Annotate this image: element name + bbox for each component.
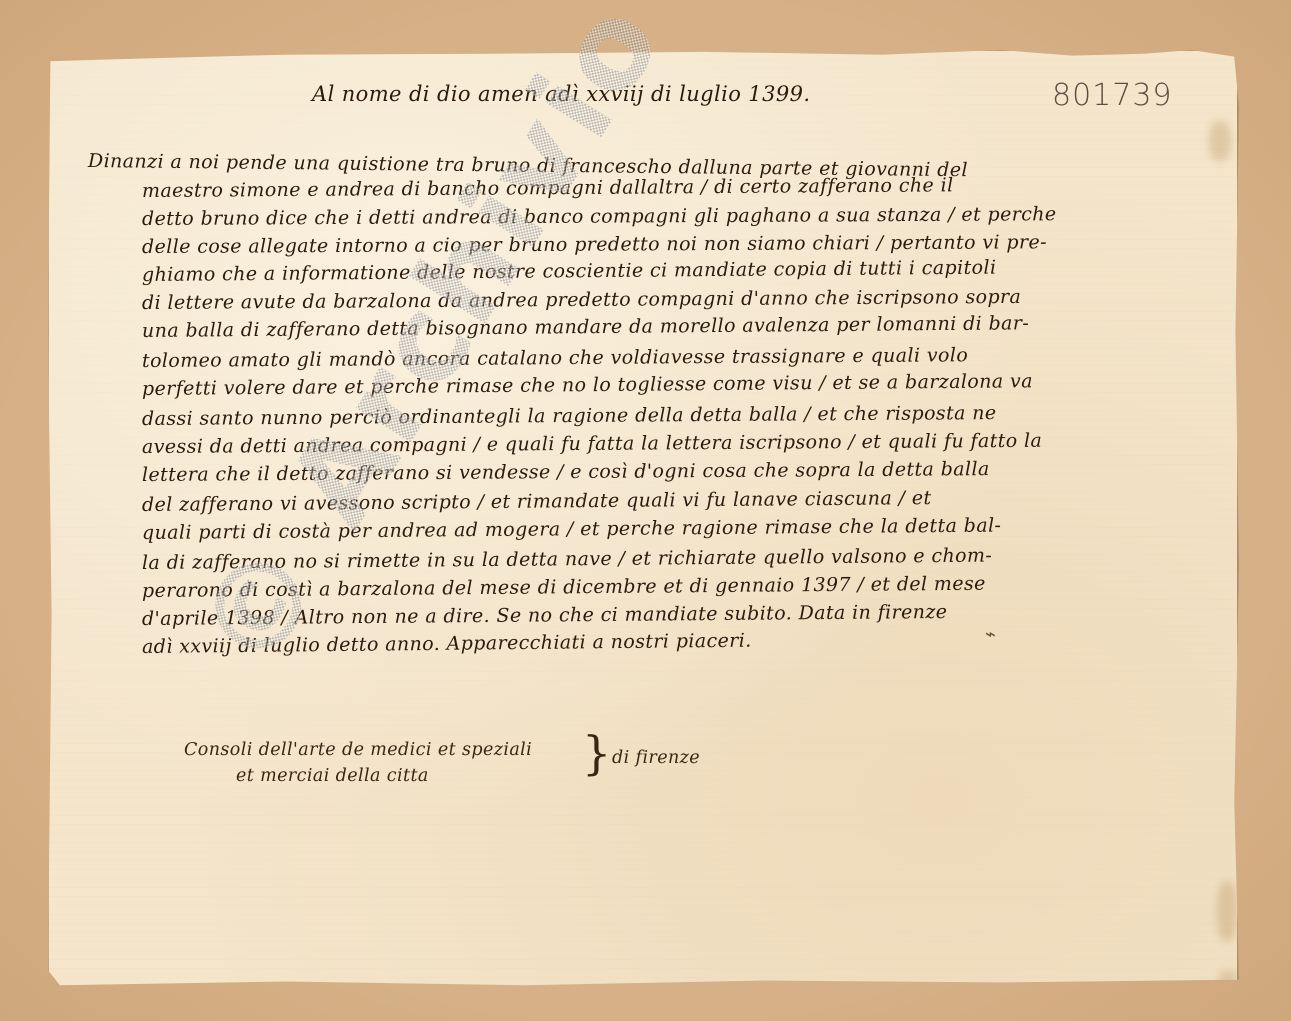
address-place: di firenze bbox=[612, 748, 700, 768]
archive-number: 801739 bbox=[1052, 78, 1173, 113]
edge-stain bbox=[1217, 881, 1237, 941]
address-line-2: et merciai della citta bbox=[236, 766, 429, 786]
ink-flourish: ⌁ bbox=[985, 624, 996, 645]
letter-heading: Al nome di dio amen adì xxviij di luglio… bbox=[312, 82, 810, 106]
address-brace: } bbox=[582, 730, 611, 776]
edge-stain bbox=[1209, 121, 1231, 161]
address-line-1: Consoli dell'arte de medici et speziali bbox=[184, 740, 532, 760]
